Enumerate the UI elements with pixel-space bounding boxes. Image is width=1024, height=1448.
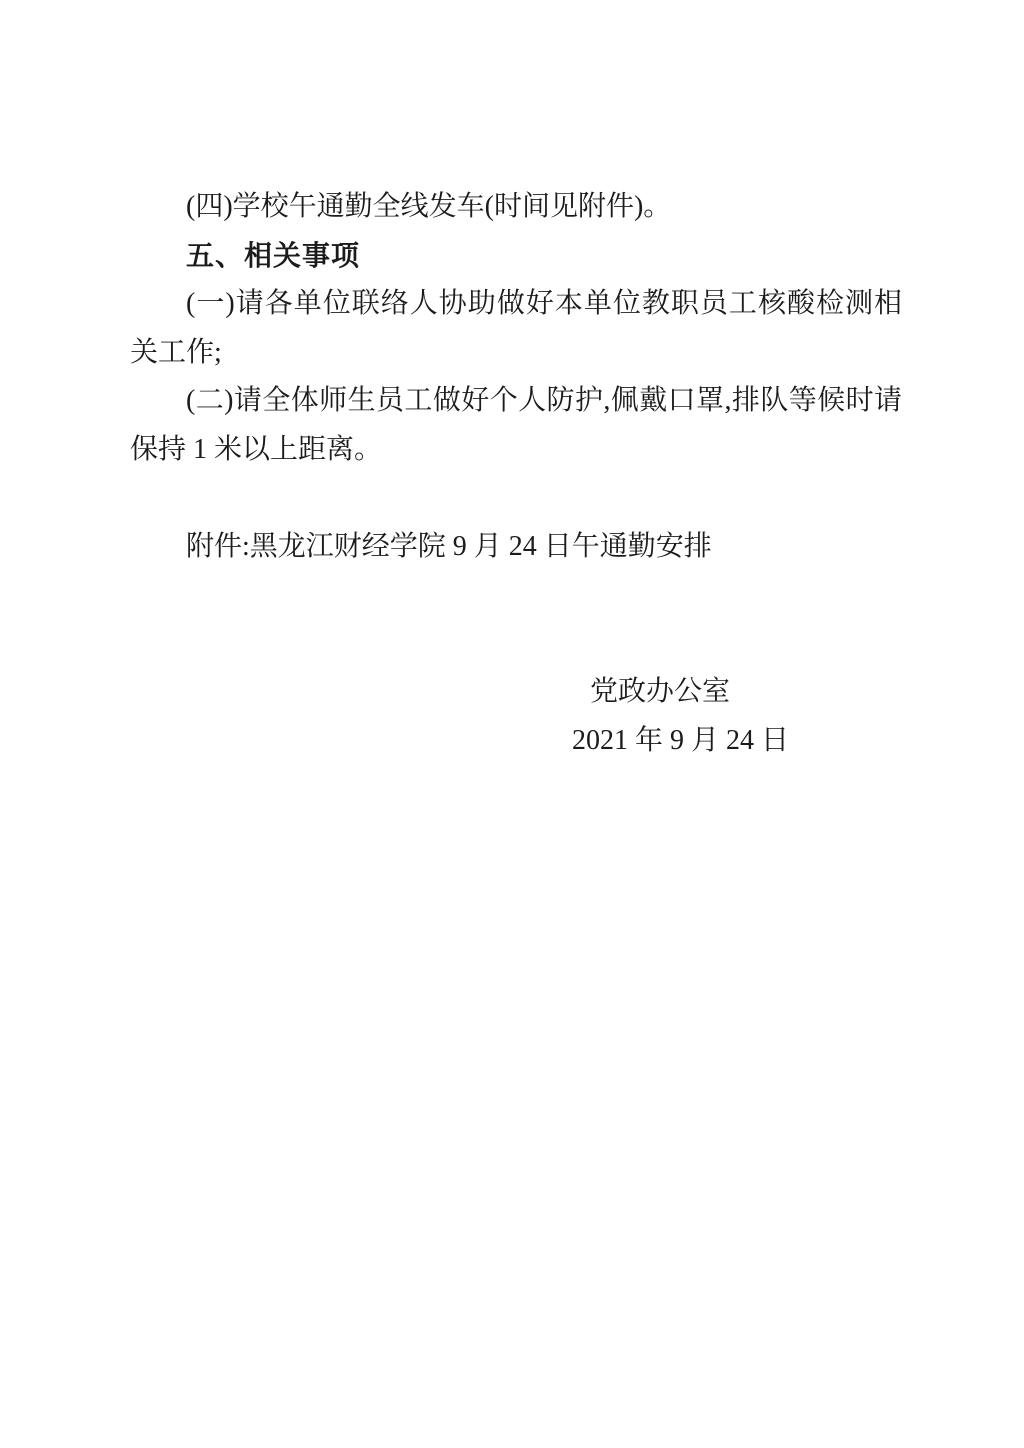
list-item-one: (一)请各单位联络人协助做好本单位教职员工核酸检测相关工作; [130, 280, 902, 377]
signature-office: 党政办公室 [130, 668, 902, 717]
list-item-four: (四)学校午通勤全线发车(时间见附件)。 [130, 183, 902, 232]
document-page: (四)学校午通勤全线发车(时间见附件)。 五、相关事项 (一)请各单位联络人协助… [0, 0, 1024, 1448]
document-content: (四)学校午通勤全线发车(时间见附件)。 五、相关事项 (一)请各单位联络人协助… [130, 0, 902, 765]
list-item-two: (二)请全体师生员工做好个人防护,佩戴口罩,排队等候时请保持 1 米以上距离。 [130, 377, 902, 474]
signature-date: 2021 年 9 月 24 日 [130, 717, 902, 766]
attachment-line: 附件:黑龙江财经学院 9 月 24 日午通勤安排 [130, 523, 902, 572]
section-heading-related-matters: 五、相关事项 [130, 232, 902, 281]
